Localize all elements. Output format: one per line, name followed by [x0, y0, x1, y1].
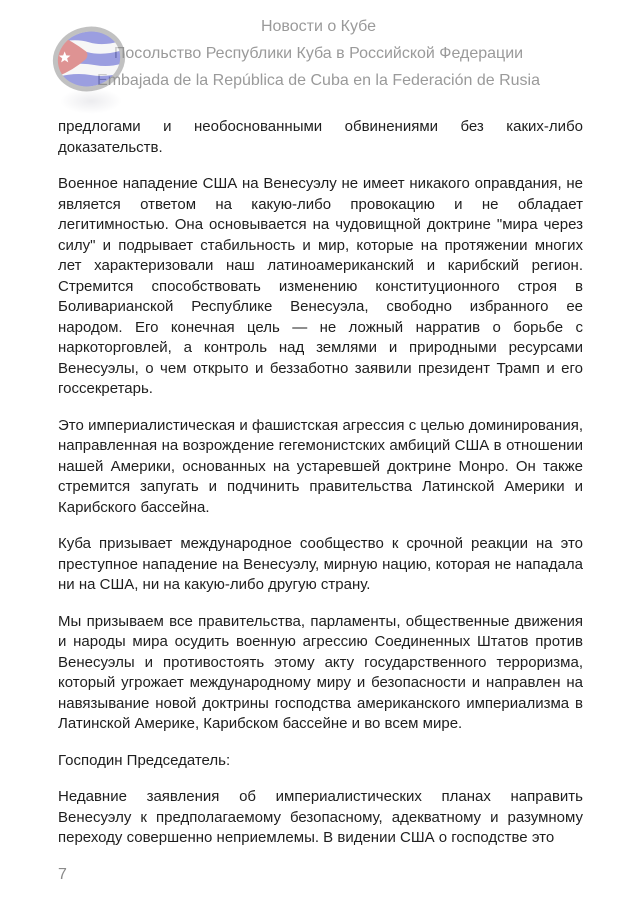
page-number: 7 [58, 865, 583, 886]
paragraph-salutation: Господин Председатель: [58, 751, 583, 772]
paragraph: Куба призывает международное сообщество … [58, 534, 583, 596]
paragraph: Военное нападение США на Венесуэлу не им… [58, 174, 583, 400]
paragraph: Недавние заявления об империалистических… [58, 787, 583, 849]
paragraph: Мы призываем все правительства, парламен… [58, 612, 583, 735]
document-page: Новости о Кубе Посольство Республики Куб… [0, 0, 637, 899]
paragraph: Это империалистическая и фашистская агре… [58, 416, 583, 519]
paragraph-continuation: предлогами и необоснованными обвинениями… [58, 117, 583, 158]
document-body: предлогами и необоснованными обвинениями… [58, 117, 583, 885]
cuba-flag-logo-icon [51, 24, 127, 94]
